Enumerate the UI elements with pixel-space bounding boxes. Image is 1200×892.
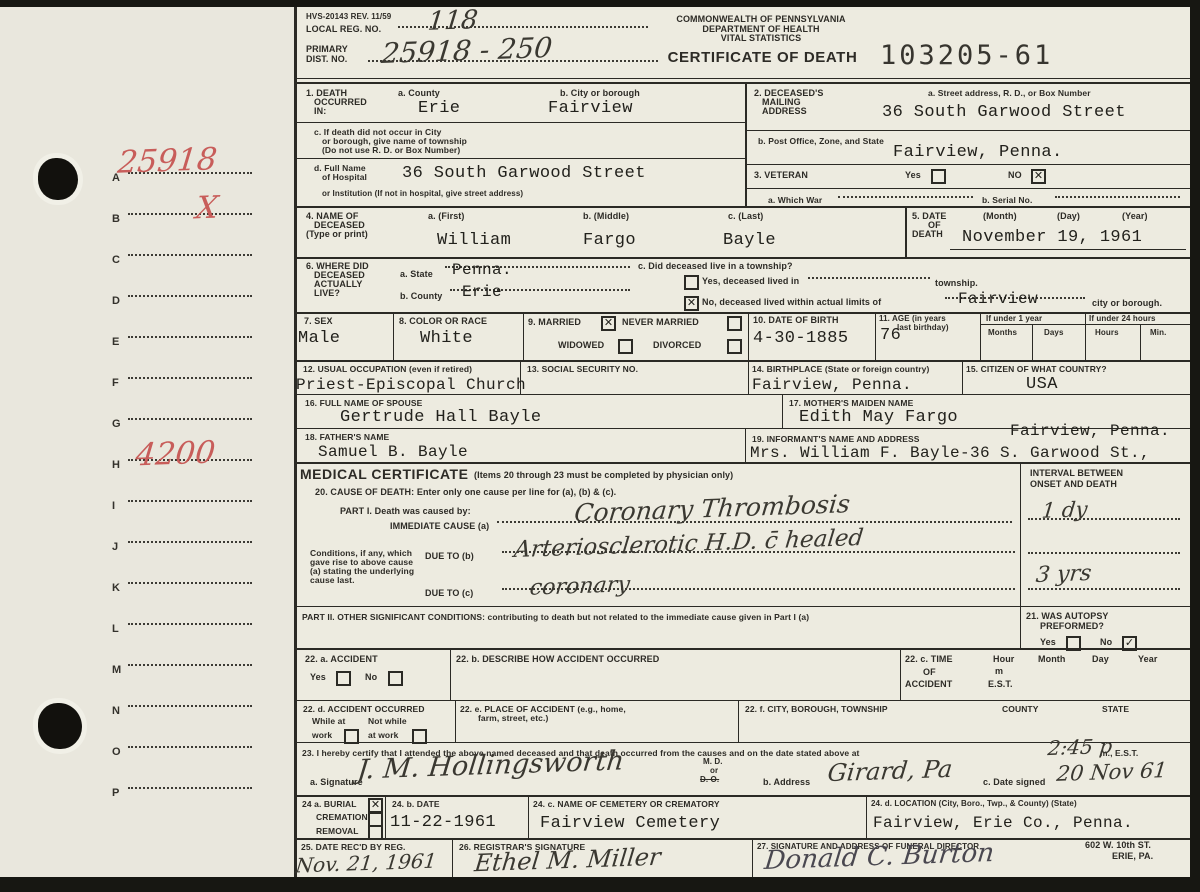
f2-label3: ADDRESS [762, 106, 807, 116]
f22a-accident-label: 22. a. ACCIDENT [305, 654, 378, 664]
f21-yes-label: Yes [1040, 637, 1056, 647]
f3-war-label: a. Which War [768, 195, 822, 205]
f6-county-label: b. County [400, 291, 442, 301]
f10-dob-label: 10. DATE OF BIRTH [753, 315, 839, 325]
f11-under1-label: If under 1 year [986, 314, 1042, 323]
f6-no-text: No, deceased lived within actual limits … [702, 297, 881, 307]
primary-dist-value: 25918 - 250 [380, 31, 554, 70]
death-certificate-scan: A B C D E F G H I J K L M N O P 25918 X … [0, 0, 1200, 892]
f24a-removal-label: REMOVAL [316, 826, 359, 836]
f6-yes-text: Yes, deceased lived in [702, 276, 799, 286]
f16-spouse-label: 16. FULL NAME OF SPOUSE [305, 398, 422, 408]
index-line [128, 582, 252, 584]
index-line [128, 254, 252, 256]
interval-label: INTERVAL BETWEEN [1030, 468, 1123, 478]
f16-spouse-value: Gertrude Hall Bayle [340, 408, 541, 427]
burial-checkbox: ✕ [368, 798, 383, 813]
f6-label4: LIVE? [314, 288, 340, 298]
divider [980, 312, 981, 360]
f24d-location-label: 24. d. LOCATION (City, Boro., Twp., & Co… [871, 799, 1077, 808]
not-while-at-work-checkbox [412, 729, 427, 744]
f7-sex-label: 7. SEX [304, 316, 333, 326]
f11-age-label: 11. AGE (in years [879, 314, 946, 323]
rule [296, 82, 1190, 84]
f6-yes-line [808, 277, 930, 279]
index-letter: J [112, 541, 118, 553]
f6-city-borough-label: city or borough. [1092, 298, 1162, 308]
f4-last-label: c. (Last) [728, 211, 763, 221]
f6-township-yes-checkbox [684, 275, 699, 290]
interval-b-line [1028, 552, 1180, 554]
rule [950, 249, 1186, 250]
f21-autopsy-label2: PREFORMED? [1040, 621, 1104, 631]
f22e-place-label2: farm, street, etc.) [478, 713, 548, 723]
rule [296, 394, 1190, 395]
f21-autopsy-label: 21. WAS AUTOPSY [1026, 611, 1109, 621]
margin-annotation-4200: 4200 [134, 435, 217, 474]
index-line [128, 623, 252, 625]
f20-cause-label: 20. CAUSE OF DEATH: Enter only one cause… [315, 487, 616, 497]
f12-occupation-value: Priest-Episcopal Church [296, 376, 526, 394]
divider [1020, 462, 1021, 648]
index-line [128, 664, 252, 666]
rule [296, 838, 1190, 840]
f23-address-label: b. Address [763, 777, 810, 787]
index-letter: I [112, 500, 115, 512]
part2-label: PART II. OTHER SIGNIFICANT CONDITIONS: c… [302, 612, 809, 622]
f23-datesigned-label: c. Date signed [983, 777, 1045, 787]
while-at-work-checkbox [344, 729, 359, 744]
f11-age-value: 76 [880, 326, 901, 345]
index-line [128, 336, 252, 338]
f3-serial-line [1055, 196, 1180, 198]
rule [980, 324, 1190, 325]
divider [748, 360, 749, 394]
index-line [128, 295, 252, 297]
f1-county-value: Erie [418, 99, 460, 118]
veteran-yes-checkbox [931, 169, 946, 184]
f18-father-label: 18. FATHER'S NAME [305, 432, 389, 442]
rule [296, 462, 1190, 464]
index-letter: E [112, 336, 119, 348]
f17-maiden-value: Edith May Fargo [799, 408, 958, 427]
divider [1140, 324, 1141, 360]
divider [748, 312, 749, 360]
rule [296, 648, 1190, 650]
married-checkbox: ✕ [601, 316, 616, 331]
f22f-county-label: COUNTY [1002, 704, 1039, 714]
f1-city-label: b. City or borough [560, 88, 640, 98]
f2b-postoffice-value: Fairview, Penna. [893, 143, 1063, 162]
f22b-describe-label: 22. b. DESCRIBE HOW ACCIDENT OCCURRED [456, 654, 659, 664]
f23-time-value: 2:45 p [1047, 734, 1114, 760]
f6-township-label: township. [935, 278, 978, 288]
scan-edge-top [0, 0, 1200, 7]
f11-hours-label: Hours [1095, 328, 1119, 337]
f25-recd-value: Nov. 21, 1961 [294, 849, 437, 878]
f22a-yes-label: Yes [310, 672, 326, 682]
rule [745, 164, 1190, 165]
rule [296, 606, 1190, 607]
f6-state-value: Penna. [452, 261, 512, 279]
autopsy-no-checkbox: ✓ [1122, 636, 1137, 651]
paper-left-edge [294, 7, 297, 877]
f10-dob-value: 4-30-1885 [753, 329, 848, 348]
index-letter: D [112, 295, 120, 307]
f8-race-value: White [420, 329, 473, 348]
index-letter: L [112, 623, 119, 635]
divider [452, 838, 453, 877]
f22d-label: 22. d. ACCIDENT OCCURRED [303, 704, 425, 714]
divider [450, 648, 451, 700]
rule [296, 257, 1190, 259]
f27-address-line1: 602 W. 10th ST. [1085, 840, 1151, 850]
f7-sex-value: Male [298, 329, 340, 348]
f9-divorced-label: DIVORCED [653, 340, 701, 350]
divider [385, 795, 386, 838]
f9-married-label: 9. MARRIED [528, 317, 581, 327]
cause-c-value: coronary [528, 572, 631, 600]
f5-day-label: (Day) [1057, 211, 1080, 221]
index-letter: P [112, 787, 119, 799]
index-line [128, 746, 252, 748]
f1d-label3: or Institution (If not in hospital, give… [322, 189, 523, 198]
f24b-date-label: 24. b. DATE [392, 799, 440, 809]
vital-statistics-line: VITAL STATISTICS [645, 33, 877, 43]
margin-annotation-x: X [194, 190, 220, 227]
conditions-label4: cause last. [310, 575, 355, 585]
divider [528, 795, 529, 838]
f4-label3: (Type or print) [306, 229, 368, 239]
f22d-atwork-label: at work [368, 730, 398, 740]
f3-yes-label: Yes [905, 170, 921, 180]
f5-label3: DEATH [912, 229, 943, 239]
f1d-label2: of Hospital [322, 172, 367, 182]
medical-title: MEDICAL CERTIFICATE [300, 466, 468, 482]
f23-do-label: D. O. [700, 775, 719, 784]
primary-dist-label2: DIST. NO. [306, 54, 347, 64]
f24c-cemetery-label: 24. c. NAME OF CEMETERY OR CREMATORY [533, 799, 720, 809]
index-letter: O [112, 746, 121, 758]
f22f-state-label: STATE [1102, 704, 1129, 714]
f19-informant-value1: Fairview, Penna. [1010, 422, 1170, 440]
never-married-checkbox [727, 316, 742, 331]
scan-edge-bottom [0, 877, 1200, 892]
f22c-hour-label: Hour [993, 654, 1014, 664]
physician-address: Girard, Pa [826, 755, 954, 787]
local-reg-label: LOCAL REG. NO. [306, 24, 381, 34]
f14-birthplace-label: 14. BIRTHPLACE (State or foreign country… [752, 364, 929, 374]
rule [296, 795, 1190, 797]
f13-ssn-label: 13. SOCIAL SECURITY NO. [527, 364, 638, 374]
f4-middle-label: b. (Middle) [583, 211, 629, 221]
f24b-date-value: 11-22-1961 [390, 813, 496, 832]
f18-father-value: Samuel B. Bayle [318, 443, 468, 461]
form-number: HVS-20143 REV. 11/59 [306, 12, 391, 21]
divider [782, 394, 783, 428]
f4-first-label: a. (First) [428, 211, 465, 221]
f4-first-value: William [437, 231, 511, 250]
f9-widowed-label: WIDOWED [558, 340, 604, 350]
divider [905, 206, 907, 257]
f22c-month-label: Month [1038, 654, 1066, 664]
veteran-no-checkbox: ✕ [1031, 169, 1046, 184]
certificate-title: CERTIFICATE OF DEATH [650, 49, 875, 66]
f11-months-label: Months [988, 328, 1017, 337]
index-line [128, 213, 252, 215]
primary-dist-label: PRIMARY [306, 44, 348, 54]
f22c-year-label: Year [1138, 654, 1157, 664]
divider [1032, 324, 1033, 360]
divider [866, 795, 867, 838]
divider [455, 700, 456, 742]
f22c-day-label: Day [1092, 654, 1109, 664]
index-line [128, 705, 252, 707]
f3-war-line [838, 196, 973, 198]
divider [962, 360, 963, 394]
index-letter: F [112, 377, 119, 389]
margin-annotation-25918: 25918 [116, 141, 219, 180]
removal-checkbox [368, 825, 383, 840]
scan-edge-right [1190, 0, 1200, 892]
autopsy-yes-checkbox [1066, 636, 1081, 651]
index-line [128, 541, 252, 543]
rule [296, 312, 1190, 314]
index-letter: K [112, 582, 120, 594]
f23-md-label: M. D. [703, 757, 723, 766]
f5-date-of-death-value: November 19, 1961 [962, 228, 1142, 247]
f14-birthplace-value: Fairview, Penna. [752, 376, 912, 394]
interval-c-value: 3 yrs [1035, 561, 1093, 588]
rule [296, 158, 745, 159]
f19-informant-value2: Mrs. William F. Bayle-36 S. Garwood St., [750, 444, 1150, 462]
index-line [128, 500, 252, 502]
f27-address-line2: ERIE, PA. [1112, 851, 1153, 861]
f5-month-label: (Month) [983, 211, 1017, 221]
index-letter: M [112, 664, 121, 676]
f3-veteran-label: 3. VETERAN [754, 170, 808, 180]
due-to-c-label: DUE TO (c) [425, 588, 473, 598]
due-to-b-label: DUE TO (b) [425, 551, 474, 561]
divider [738, 700, 739, 742]
f4-last-value: Bayle [723, 231, 776, 250]
f1c-label3: (Do not use R. D. or Box Number) [322, 145, 460, 155]
f2b-label: b. Post Office, Zone, and State [758, 136, 884, 146]
punch-hole-top [38, 158, 78, 200]
f24c-cemetery-value: Fairview Cemetery [540, 814, 720, 833]
f22c-time-label: 22. c. TIME [905, 654, 953, 664]
accident-yes-checkbox [336, 671, 351, 686]
f5-year-label: (Year) [1122, 211, 1148, 221]
f23-datesigned-value: 20 Nov 61 [1055, 758, 1168, 786]
f15-citizen-label: 15. CITIZEN OF WHAT COUNTRY? [966, 364, 1107, 374]
rule [745, 188, 1190, 189]
medical-subtitle: (Items 20 through 23 must be completed b… [474, 470, 733, 480]
f19-informant-label: 19. INFORMANT'S NAME AND ADDRESS [752, 434, 920, 444]
index-letter: G [112, 418, 121, 430]
divider [900, 648, 901, 700]
f22c-accident-label: ACCIDENT [905, 679, 952, 689]
f3-no-label: NO [1008, 170, 1022, 180]
part1-label: PART I. Death was caused by: [340, 506, 471, 516]
index-line [128, 787, 252, 789]
index-line [128, 418, 252, 420]
divider [523, 312, 524, 360]
f24a-burial-label: 24 a. BURIAL [302, 799, 357, 809]
f9-never-label: NEVER MARRIED [622, 317, 699, 327]
f24a-cremation-label: CREMATION [316, 812, 368, 822]
f22a-no-label: No [365, 672, 377, 682]
f2a-label: a. Street address, R. D., or Box Number [928, 88, 1091, 98]
f6-county-value: Erie [462, 283, 502, 301]
certificate-number-stamp: 103205-61 [880, 40, 1053, 71]
f11-under24-label: If under 24 hours [1089, 314, 1156, 323]
f12-occupation-label: 12. USUAL OCCUPATION (even if retired) [303, 364, 472, 374]
accident-no-checkbox [388, 671, 403, 686]
f1-county-label: a. County [398, 88, 440, 98]
f1-city-value: Fairview [548, 99, 633, 118]
f11-min-label: Min. [1150, 328, 1166, 337]
f11-age-label2: last birthday) [897, 323, 949, 332]
rule [745, 130, 1190, 131]
local-reg-value: 118 [426, 5, 479, 37]
f17-maiden-label: 17. MOTHER'S MAIDEN NAME [789, 398, 913, 408]
f15-citizen-value: USA [1026, 375, 1058, 394]
f24d-location-value: Fairview, Erie Co., Penna. [873, 814, 1133, 832]
interval-a-value: 1 dy [1041, 497, 1089, 523]
divider [393, 312, 394, 360]
f22d-work-label: work [312, 730, 332, 740]
index-letter: B [112, 213, 120, 225]
f1-label3: IN: [314, 106, 326, 116]
rule [296, 700, 1190, 701]
interval-c-line [1028, 588, 1180, 590]
f23-or-label: or [710, 766, 718, 775]
widowed-checkbox [618, 339, 633, 354]
f4-middle-value: Fargo [583, 231, 636, 250]
f22c-of-label: OF [923, 667, 936, 677]
index-letter: C [112, 254, 120, 266]
rule [296, 78, 1190, 79]
f6c-label: c. Did deceased live in a township? [638, 261, 793, 271]
f21-no-label: No [1100, 637, 1112, 647]
f8-race-label: 8. COLOR OR RACE [399, 316, 487, 326]
divider [752, 838, 753, 877]
f22c-est-label: E.S.T. [988, 679, 1013, 689]
rule [296, 122, 745, 123]
f6-township-no-checkbox: ✕ [684, 296, 699, 311]
interval-label2: ONSET AND DEATH [1030, 479, 1117, 489]
divider [875, 312, 876, 360]
rule [296, 360, 1190, 362]
f6-no-value: Fairview [958, 290, 1038, 308]
immediate-cause-label: IMMEDIATE CAUSE (a) [390, 521, 489, 531]
f2a-street-value: 36 South Garwood Street [882, 103, 1126, 122]
f6-state-label: a. State [400, 269, 433, 279]
index-line [128, 377, 252, 379]
index-letter: N [112, 705, 120, 717]
f3-serial-label: b. Serial No. [982, 195, 1032, 205]
divider [1085, 312, 1086, 360]
f22d-notwhile-label: Not while [368, 716, 407, 726]
divorced-checkbox [727, 339, 742, 354]
f22d-while-label: While at [312, 716, 345, 726]
f11-days-label: Days [1044, 328, 1064, 337]
f22c-m-label: m [995, 666, 1003, 676]
f1d-hospital-value: 36 South Garwood Street [402, 164, 646, 183]
index-letter: H [112, 459, 120, 471]
f22f-city-label: 22. f. CITY, BOROUGH, TOWNSHIP [745, 704, 888, 714]
punch-hole-bottom [38, 703, 82, 749]
divider [745, 428, 746, 462]
rule [296, 206, 1190, 208]
commonwealth-line: COMMONWEALTH OF PENNSYLVANIA [645, 14, 877, 24]
